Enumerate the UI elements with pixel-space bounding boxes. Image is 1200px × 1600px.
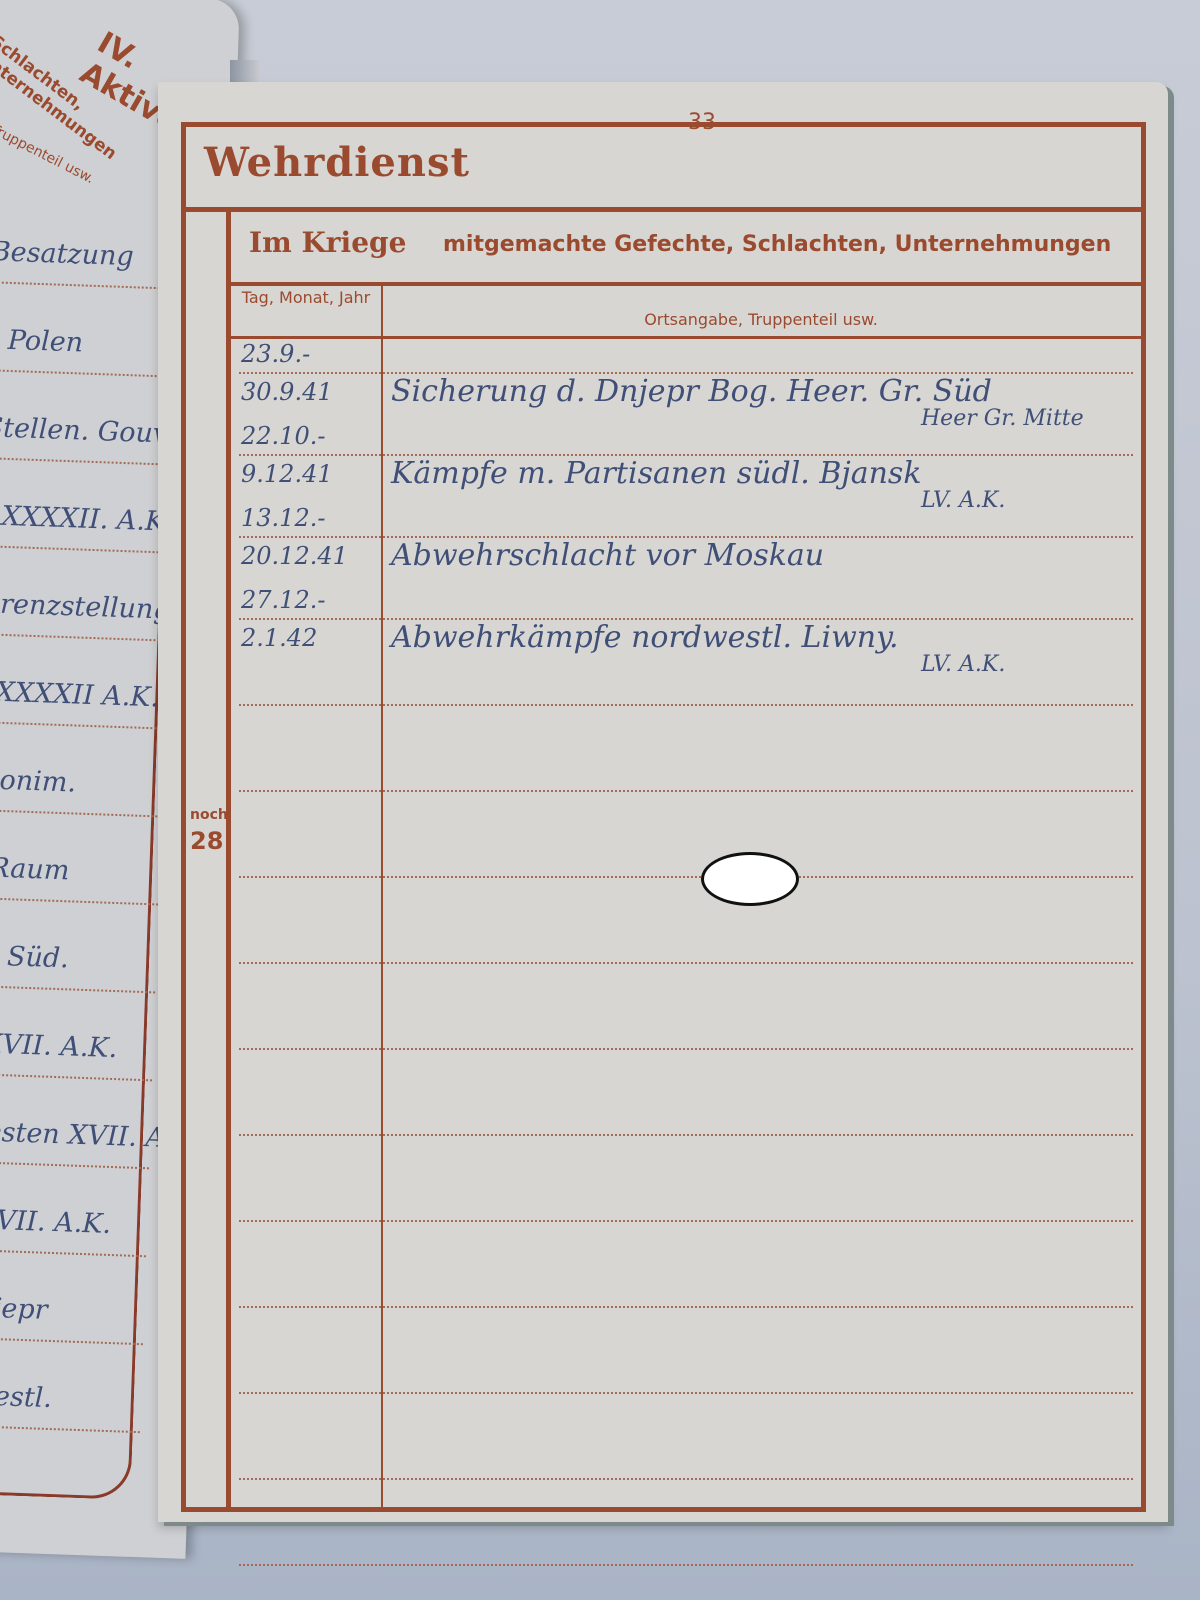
place-entry: Kämpfe m. Partisanen südl. Bjansk [391,456,922,491]
dotted-rule [239,1564,1133,1566]
form-frame: Wehrdienst noch 28 Im Kriege mitgemachte… [181,122,1146,1512]
unit-entry: Heer Gr. Mitte [921,406,1084,431]
left-page-entry: XVII. A.K. [0,1204,112,1240]
unit-entry: LV. A.K. [921,652,1005,677]
left-page-entry: Raum [0,853,70,887]
dotted-rule [239,1306,1133,1308]
left-page-entry: Grenzstellung [0,588,171,626]
date-to: 9.12.41 [241,460,381,488]
left-page-entry: XVII. A.K. [0,1028,118,1064]
dotted-rule [239,704,1133,706]
dotted-rule [239,962,1133,964]
right-page: 33 Wehrdienst noch 28 Im Kriege mitgemac… [158,82,1168,1522]
column-divider [381,286,383,1507]
column-header-place: Ortsangabe, Truppenteil usw. [381,310,1141,329]
continuation-label: noch [190,807,228,823]
section-title: mitgemachte Gefechte, Schlachten, Untern… [443,232,1111,257]
redaction-mark [701,852,799,906]
place-entry: Abwehrschlacht vor Moskau [391,538,824,573]
place-entry: Sicherung d. Dnjepr Bog. Heer. Gr. Süd [391,374,992,409]
column-headers: Tag, Monat, Jahr Ortsangabe, Truppenteil… [231,286,1141,339]
unit-entry: LV. A.K. [921,488,1005,513]
place-entry: Abwehrkämpfe nordwestl. Liwny. [391,620,899,655]
date-to: 2.1.42 [241,624,381,652]
left-page-entry: Besatzung [0,236,134,272]
dotted-rule [239,876,1133,878]
date-to: 30.9.41 [241,378,381,406]
title-band: Wehrdienst [186,127,1141,212]
column-header-date: Tag, Monat, Jahr [231,288,381,307]
table-frame: Im Kriege mitgemachte Gefechte, Schlacht… [226,212,1141,1507]
left-page-entry: westl. [0,1380,52,1414]
continuation-number: 28 [190,827,223,855]
date-from: 23.9.- [241,340,381,368]
dotted-rule [239,1134,1133,1136]
header-title: Wehrdienst [204,139,470,186]
section-title-bold: Im Kriege [249,226,406,259]
left-page-entry: Dnjepr [0,1292,48,1326]
date-from: 22.10.- [241,422,381,450]
dotted-rule [239,1392,1133,1394]
dotted-rule [239,790,1133,792]
left-page-entry: Polen [7,325,83,359]
date-from: 27.12.- [241,586,381,614]
left-page-entry: Stellen. Gouv. [0,412,174,450]
date-to: 20.12.41 [241,542,381,570]
left-page-entry: H. Süd. [0,940,69,975]
left-page-entry: Slonim. [0,764,77,799]
dotted-rule [239,1048,1133,1050]
date-from: 13.12.- [241,504,381,532]
section-band: Im Kriege mitgemachte Gefechte, Schlacht… [231,212,1141,286]
left-page-entry: XXXXII A.K. [0,677,160,714]
dotted-rule [239,1478,1133,1480]
left-page-entry: XXXXII. A.K. [1,501,174,538]
dotted-rule [239,1220,1133,1222]
